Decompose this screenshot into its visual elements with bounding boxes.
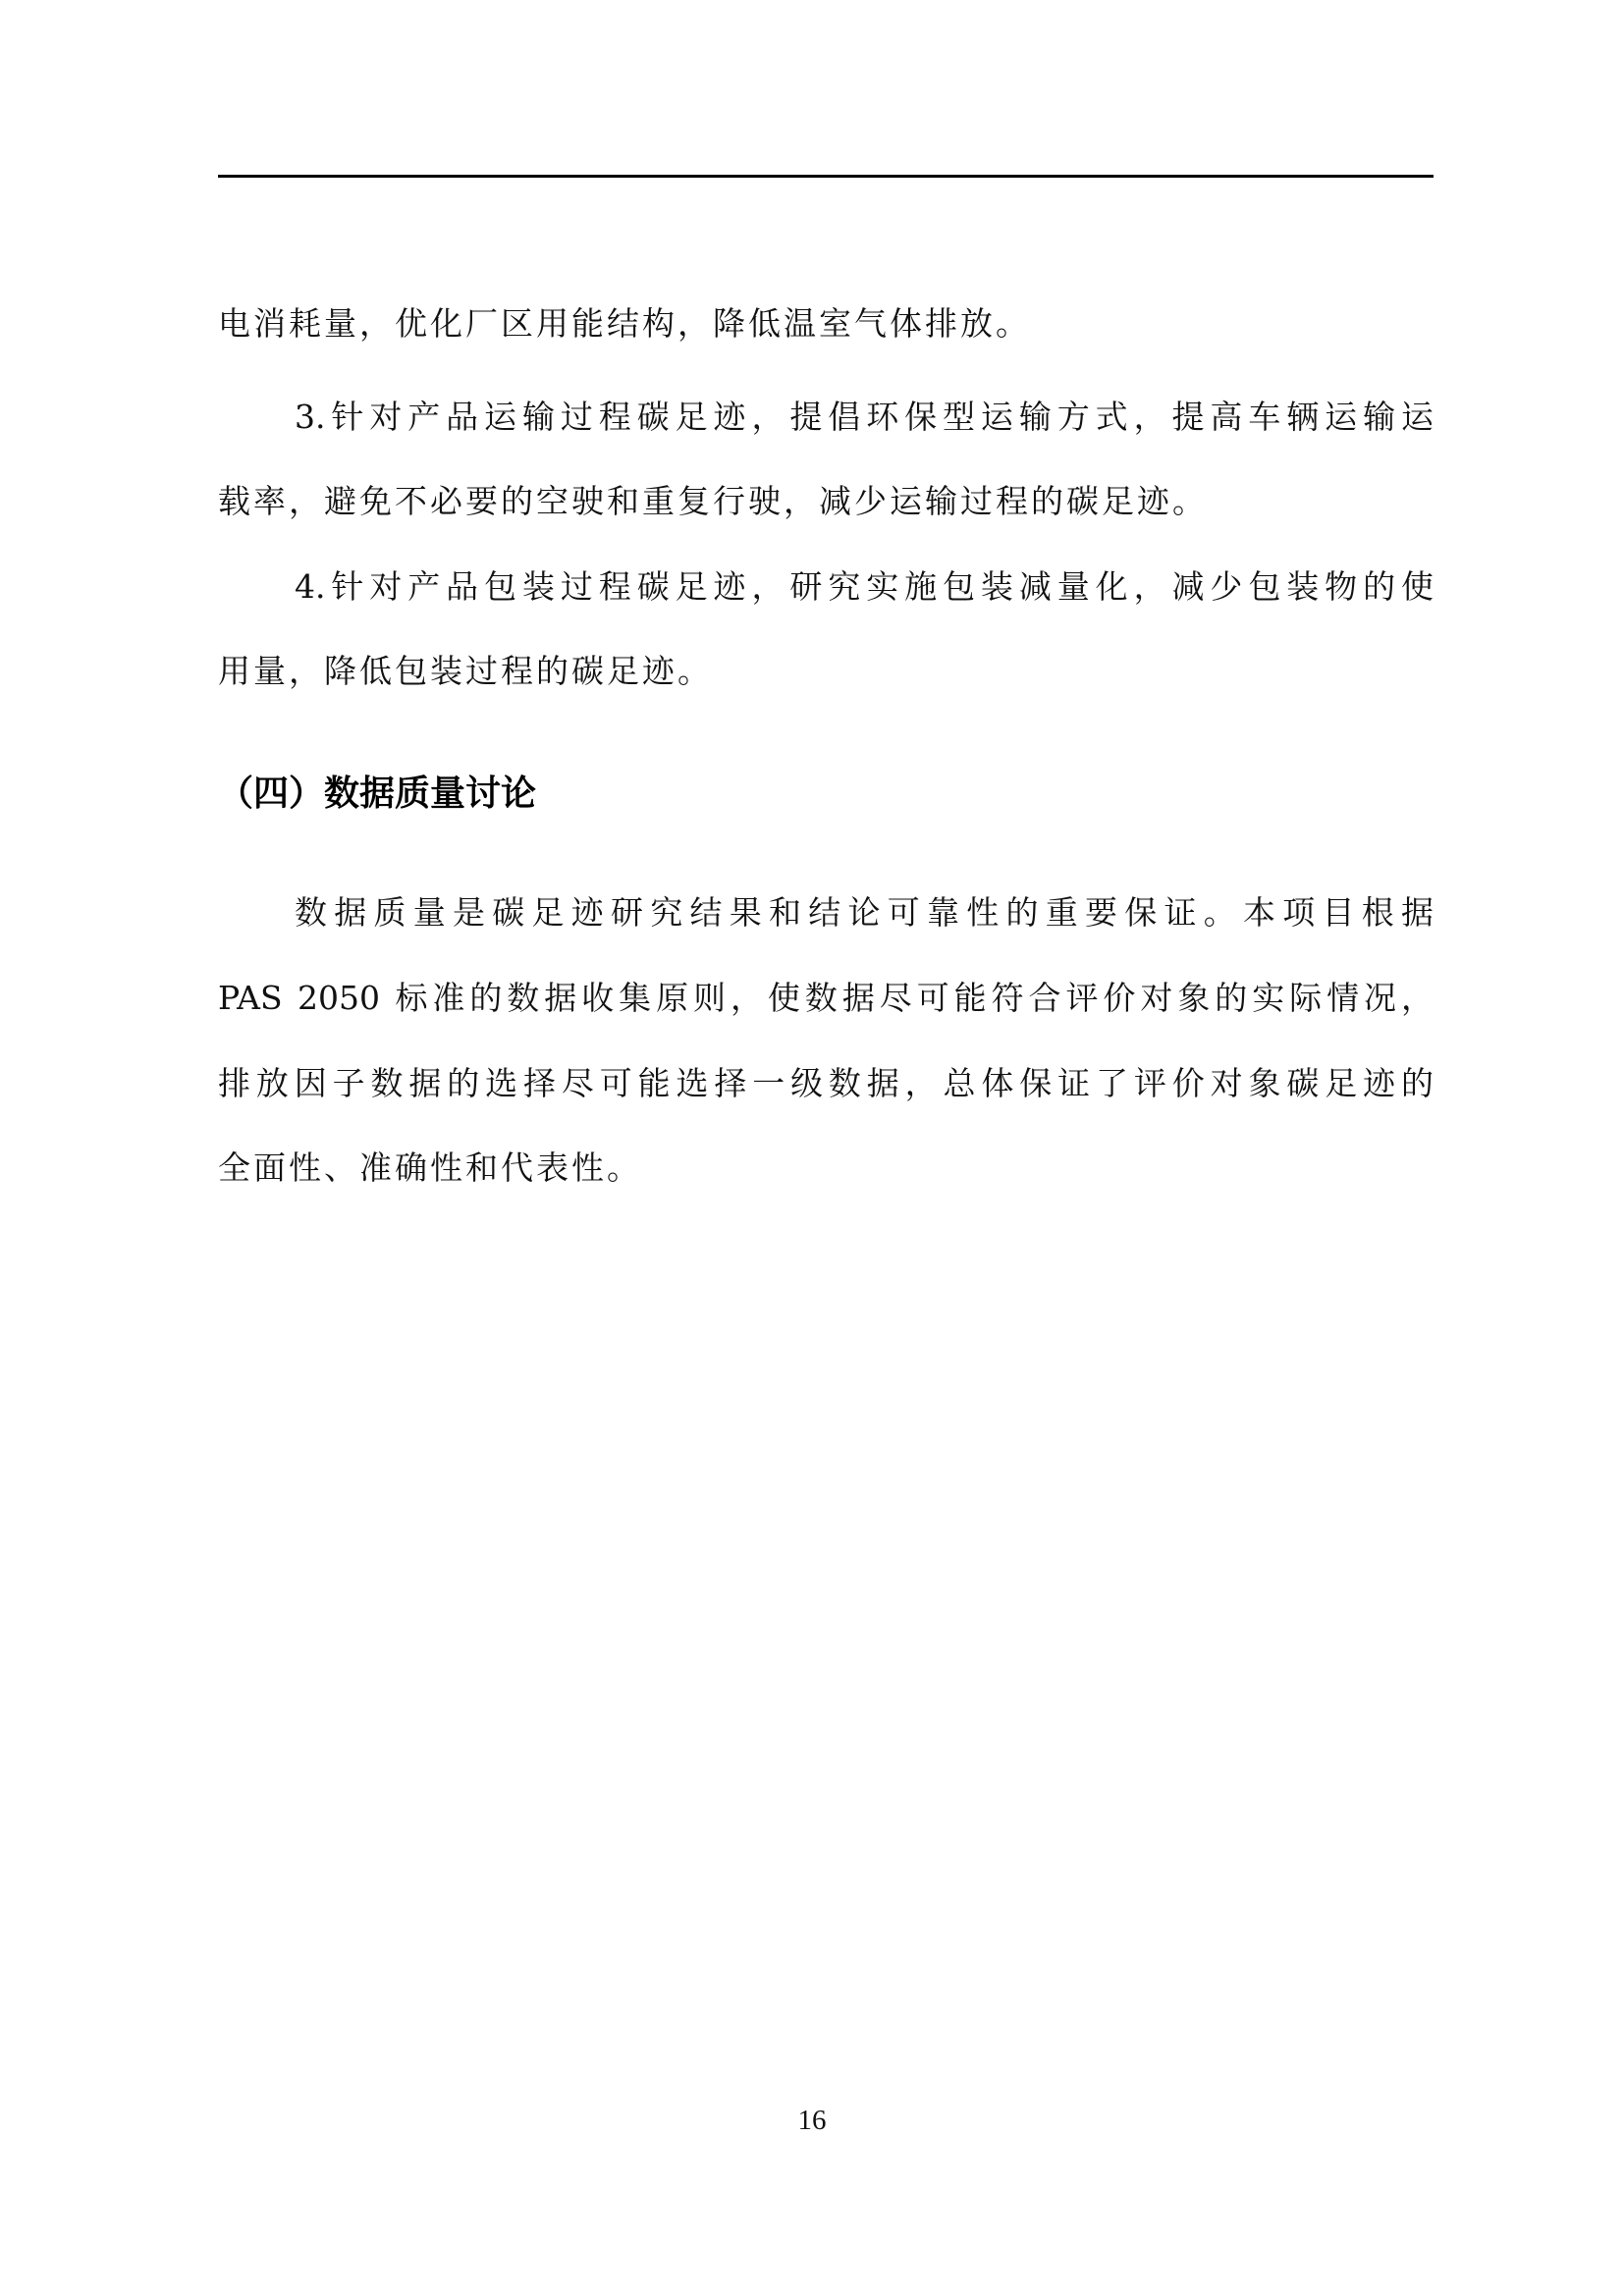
list-item-4-line-2: 用量，降低包装过程的碳足迹。 xyxy=(218,650,1434,693)
page-number: 16 xyxy=(0,2103,1624,2138)
paragraph-line-1: 数据质量是碳足迹研究结果和结论可靠性的重要保证。本项目根据 xyxy=(218,891,1434,934)
body-line-1: 电消耗量，优化厂区用能结构，降低温室气体排放。 xyxy=(218,302,1434,346)
header-rule xyxy=(218,175,1434,178)
paragraph-line-2: PAS 2050 标准的数据收集原则，使数据尽可能符合评价对象的实际情况， xyxy=(218,977,1434,1020)
list-item-3-line-2: 载率，避免不必要的空驶和重复行驶，减少运输过程的碳足迹。 xyxy=(218,480,1434,523)
paragraph-line-4: 全面性、准确性和代表性。 xyxy=(218,1147,1434,1190)
section-heading: （四）数据质量讨论 xyxy=(218,771,536,818)
list-item-3-line-1: 3.针对产品运输过程碳足迹，提倡环保型运输方式，提高车辆运输运 xyxy=(218,396,1434,439)
list-item-4-line-1: 4.针对产品包装过程碳足迹，研究实施包装减量化，减少包装物的使 xyxy=(218,565,1434,609)
paragraph-line-3: 排放因子数据的选择尽可能选择一级数据，总体保证了评价对象碳足迹的 xyxy=(218,1062,1434,1105)
